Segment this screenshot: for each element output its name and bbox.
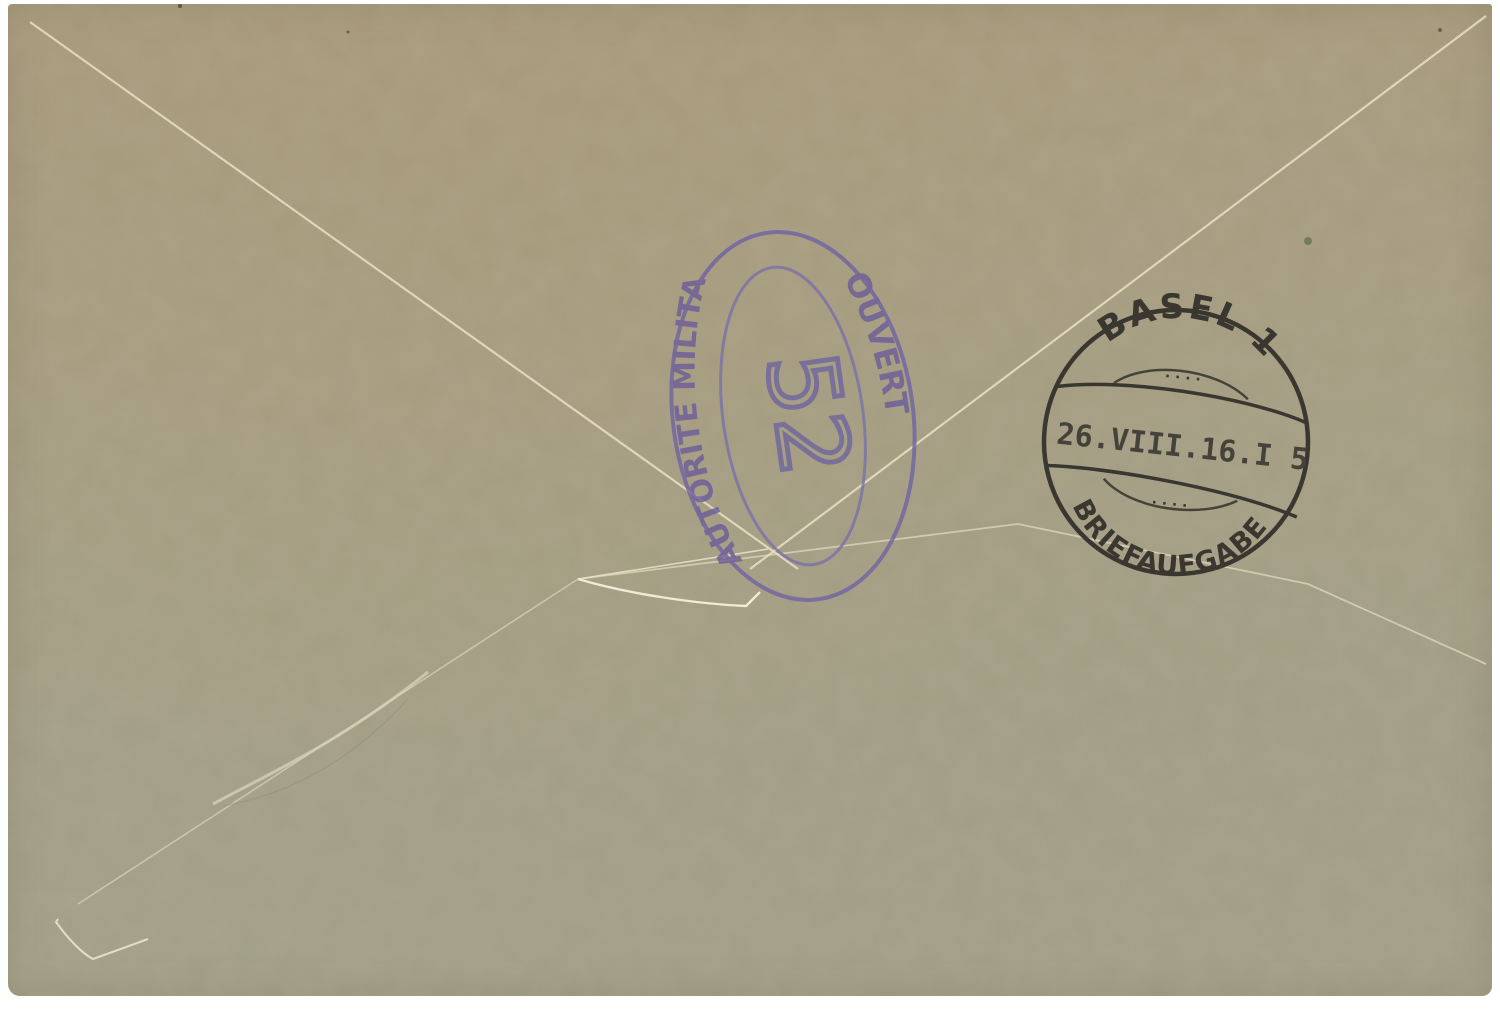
postmark-ornament-top: · · · · bbox=[1164, 369, 1201, 389]
envelope-back: AUTORITE MILITAIRE OUVERT 52 bbox=[8, 4, 1492, 996]
scanned-envelope: AUTORITE MILITAIRE OUVERT 52 bbox=[0, 0, 1500, 1009]
postmark-ornament-bottom: · · · · bbox=[1151, 495, 1188, 515]
basel-postmark: BASEL 1 BRIEFAUFGABE 26.VIII.16.I 5 · · … bbox=[8, 4, 1492, 996]
postmark-city: BASEL 1 bbox=[1088, 277, 1294, 369]
